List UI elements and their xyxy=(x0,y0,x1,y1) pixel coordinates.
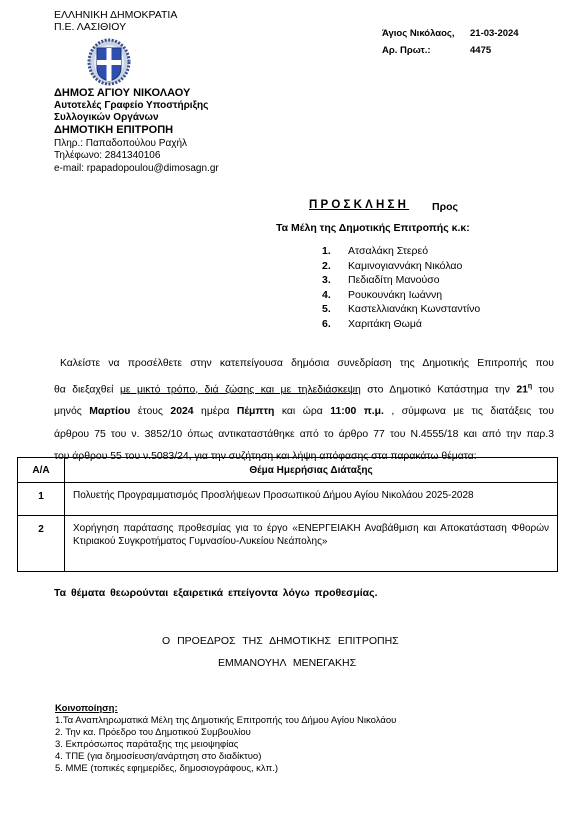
list-item: 1.Ατσαλάκη Στερεό xyxy=(322,244,480,259)
list-item: 2.Καμινογιαννάκη Νικόλαο xyxy=(322,259,480,274)
office-line-1: Αυτοτελές Γραφείο Υποστήριξης xyxy=(54,100,208,112)
agenda-table: Α/Α Θέμα Ημερήσιας Διάταξης 1 Πολυετής Π… xyxy=(17,457,558,572)
cc-heading: Κοινοποίηση: xyxy=(55,703,118,715)
municipality-name: ΔΗΜΟΣ ΑΓΙΟΥ ΝΙΚΟΛΑΟΥ xyxy=(54,87,190,99)
document-date: 21-03-2024 xyxy=(470,28,519,39)
protocol-label: Αρ. Πρωτ.: xyxy=(382,45,431,56)
email-link[interactable]: rpapadopoulou@dimosagn.gr xyxy=(87,163,219,174)
meeting-month: Μαρτίου xyxy=(89,406,130,417)
country-label: ΕΛΛΗΝΙΚΗ ΔΗΜΟΚΡΑΤΙΑ xyxy=(54,9,177,21)
body-line-4: άρθρου 75 του ν. 3852/10 όπως αντικαταστ… xyxy=(54,424,554,447)
agenda-item-subject: Πολυετής Προγραμματισμός Προσλήψεων Προσ… xyxy=(65,483,558,516)
list-item: 3.Πεδιαδίτη Μανούσο xyxy=(322,273,480,288)
greek-coat-of-arms-emblem-icon xyxy=(87,38,131,86)
meeting-mode: με μικτό τρόπο, διά ζώσης και με τηλεδιά… xyxy=(120,384,361,395)
column-header-number: Α/Α xyxy=(18,458,65,483)
column-header-subject: Θέμα Ημερήσιας Διάταξης xyxy=(65,458,558,483)
signatory-name: ΕΜΜΑΝΟΥΗΛ ΜΕΝΕΓΑΚΗΣ xyxy=(218,657,356,669)
invitation-title: ΠΡΟΣΚΛΗΣΗ xyxy=(309,199,409,211)
meeting-year: 2024 xyxy=(170,406,193,417)
cc-item: 5. ΜΜΕ (τοπικές εφημερίδες, δημοσιογράφο… xyxy=(55,763,278,775)
member-name: Πεδιαδίτη Μανούσο xyxy=(348,274,440,286)
agenda-item-number: 2 xyxy=(18,516,65,572)
urgent-note: Τα θέματα θεωρούνται εξαιρετικά επείγοντ… xyxy=(54,587,378,599)
contact-person: Πληρ.: Παπαδοπούλου Ραχήλ xyxy=(54,138,187,150)
recipients-heading: Τα Μέλη της Δημοτικής Επιτροπής κ.κ: xyxy=(276,222,470,234)
office-line-2: Συλλογικών Οργάνων xyxy=(54,112,159,124)
body-line-2: θα διεξαχθεί με μικτό τρόπο, διά ζώσης κ… xyxy=(54,376,554,402)
member-name: Καστελλιανάκη Κωνσταντίνο xyxy=(348,303,480,315)
meeting-time: 11:00 π.μ. xyxy=(330,406,384,417)
committee-name: ΔΗΜΟΤΙΚΗ ΕΠΙΤΡΟΠΗ xyxy=(54,124,173,136)
cc-item: 3. Εκπρόσωπος παράταξης της μειοψηφίας xyxy=(55,739,238,751)
agenda-item-number: 1 xyxy=(18,483,65,516)
table-header-row: Α/Α Θέμα Ημερήσιας Διάταξης xyxy=(18,458,558,483)
invitation-body: Καλείστε να προσέλθετε στην κατεπείγουσα… xyxy=(54,353,554,469)
place-label: Άγιος Νικόλαος, xyxy=(382,28,455,39)
cc-item: 2. Την κα. Πρόεδρο του Δημοτικού Συμβουλ… xyxy=(55,727,251,739)
body-line-1: Καλείστε να προσέλθετε στην κατεπείγουσα… xyxy=(54,353,554,376)
email-line: e-mail: rpapadopoulou@dimosagn.gr xyxy=(54,163,219,175)
cc-item: 4. ΤΠΕ (για δημοσίευση/ανάρτηση στο διαδ… xyxy=(55,751,261,763)
member-name: Καμινογιαννάκη Νικόλαο xyxy=(348,260,462,272)
agenda-item-subject: Χορήγηση παράτασης προθεσμίας για το έργ… xyxy=(65,516,558,572)
list-item: 5.Καστελλιανάκη Κωνσταντίνο xyxy=(322,302,480,317)
cc-item: 1.Τα Αναπληρωματικά Μέλη της Δημοτικής Ε… xyxy=(55,715,396,727)
to-label: Προς xyxy=(432,201,458,213)
body-line-3: μηνός Μαρτίου έτους 2024 ημέρα Πέμπτη κα… xyxy=(54,401,554,424)
protocol-number: 4475 xyxy=(470,45,491,56)
list-item: 4.Ρουκουνάκη Ιωάννη xyxy=(322,288,480,303)
table-row: 2 Χορήγηση παράτασης προθεσμίας για το έ… xyxy=(18,516,558,572)
member-name: Ρουκουνάκη Ιωάννη xyxy=(348,289,442,301)
table-row: 1 Πολυετής Προγραμματισμός Προσλήψεων Πρ… xyxy=(18,483,558,516)
signatory-role: Ο ΠΡΟΕΔΡΟΣ ΤΗΣ ΔΗΜΟΤΙΚΗΣ ΕΠΙΤΡΟΠΗΣ xyxy=(162,635,399,647)
region-label: Π.Ε. ΛΑΣΙΘΙΟΥ xyxy=(54,21,126,33)
list-item: 6.Χαριτάκη Θωμά xyxy=(322,317,480,332)
phone: Τηλέφωνο: 2841340106 xyxy=(54,150,160,162)
email-label: e-mail: xyxy=(54,163,87,174)
members-list: 1.Ατσαλάκη Στερεό 2.Καμινογιαννάκη Νικόλ… xyxy=(322,244,480,331)
member-name: Ατσαλάκη Στερεό xyxy=(348,245,428,257)
member-name: Χαριτάκη Θωμά xyxy=(348,318,422,330)
meeting-weekday: Πέμπτη xyxy=(237,406,275,417)
meeting-day: 21 xyxy=(516,384,528,395)
